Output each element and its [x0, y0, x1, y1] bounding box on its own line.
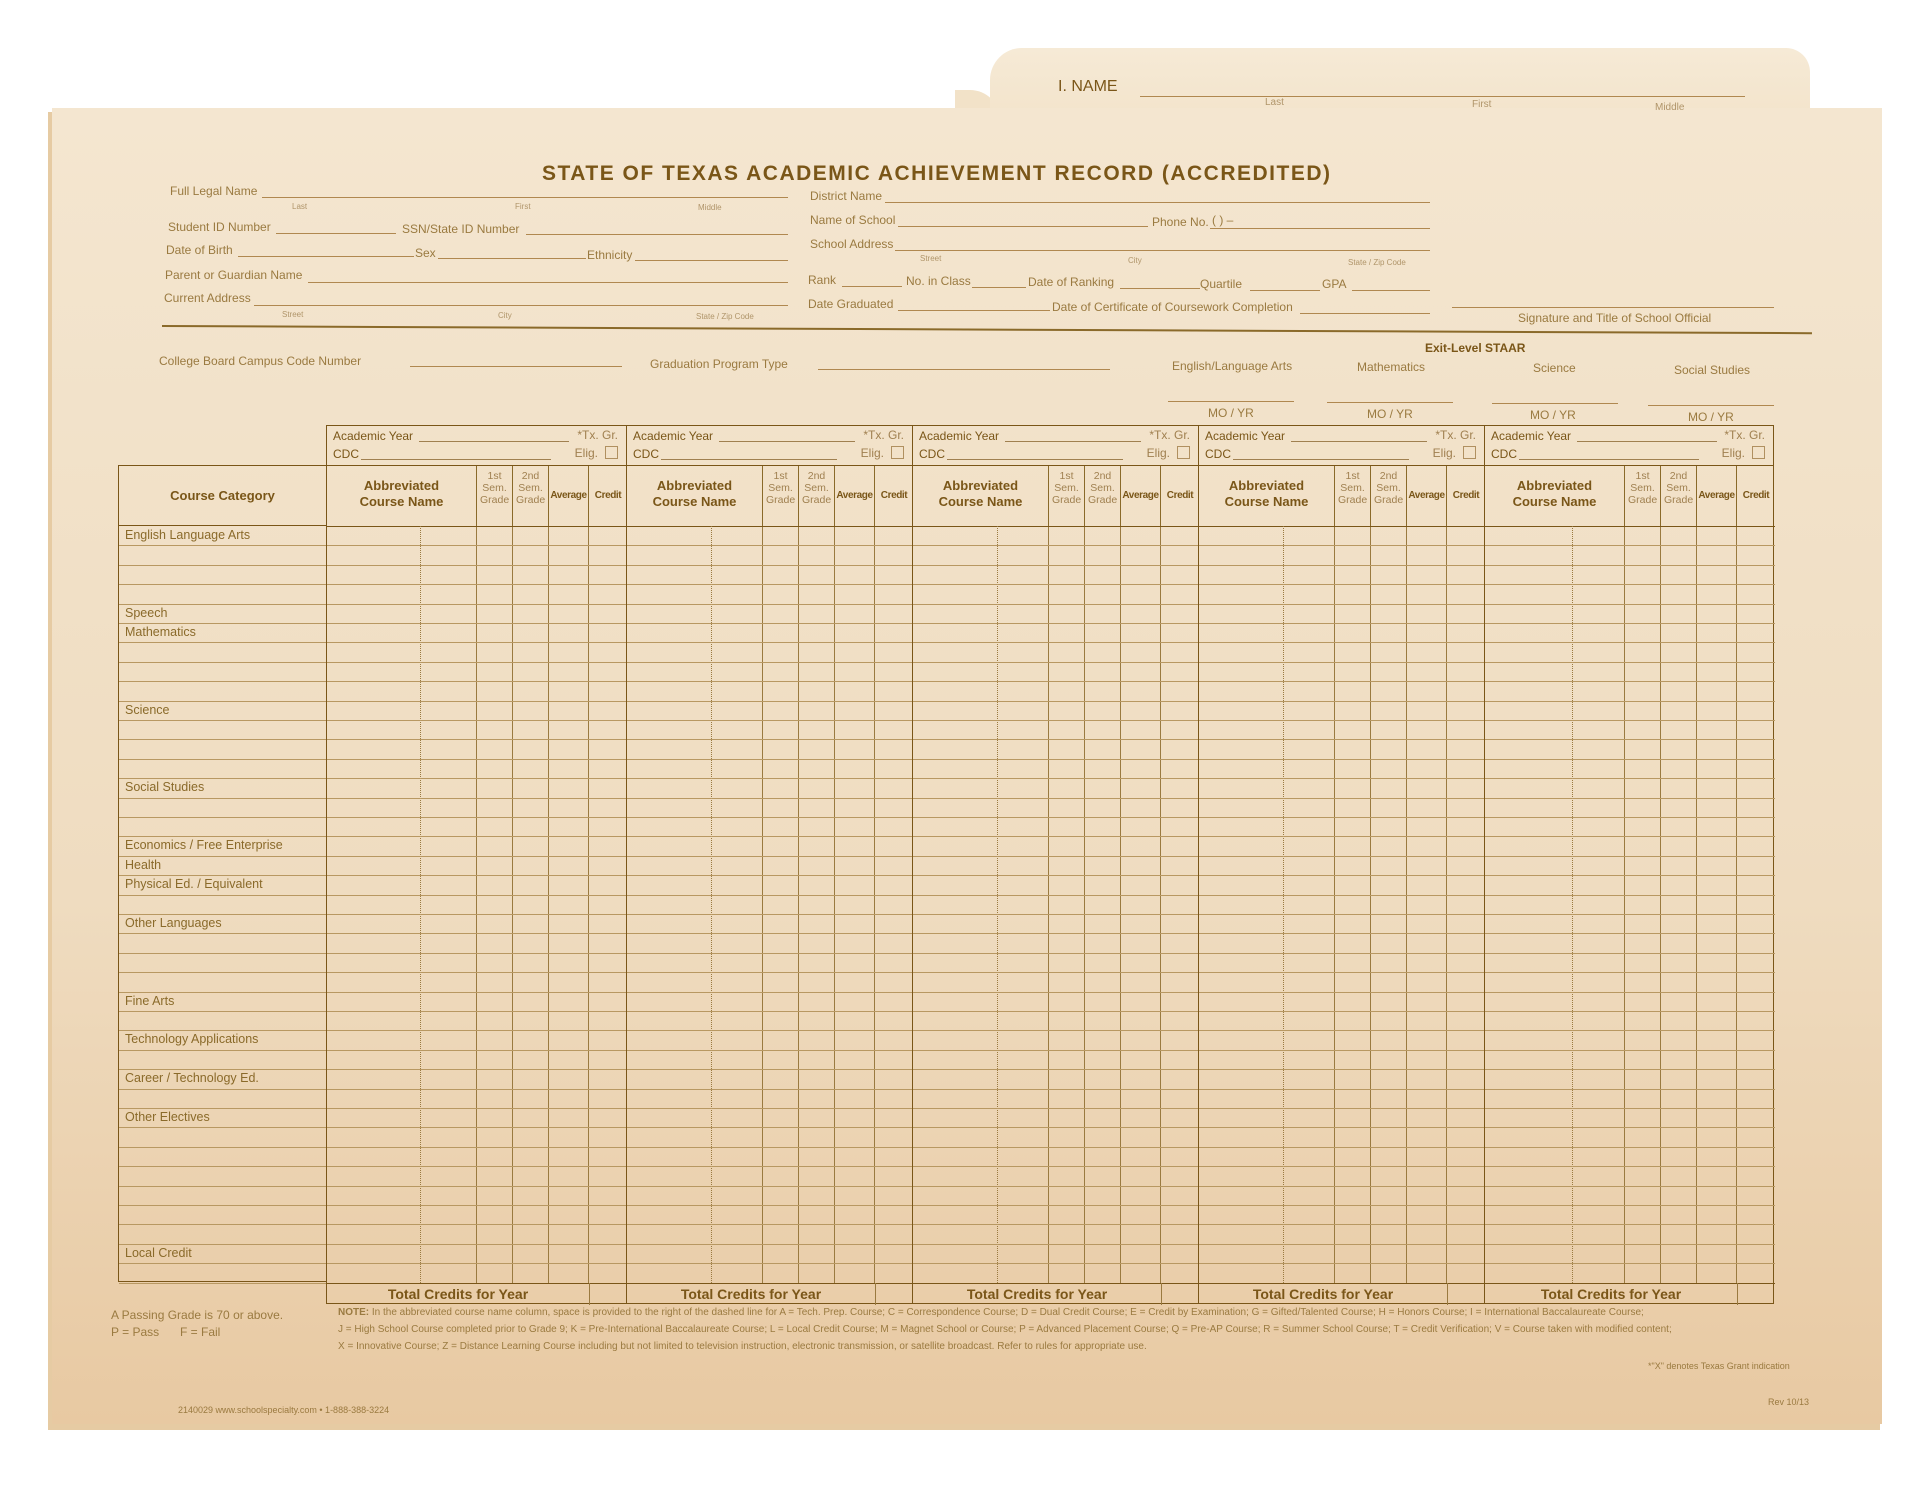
table-row[interactable] [1485, 1244, 1775, 1245]
table-row[interactable] [627, 1050, 913, 1051]
table-row[interactable] [913, 1127, 1199, 1128]
table-row[interactable] [1199, 817, 1485, 818]
cdc-field[interactable] [661, 459, 837, 460]
total-credits-label: Total Credits for Year [913, 1286, 1161, 1302]
table-row[interactable] [913, 875, 1199, 876]
table-row[interactable] [327, 1283, 627, 1284]
year-block-4: Academic YearCDC*Tx. Gr.Elig.Abbreviated… [1198, 425, 1484, 1304]
elig-label: Elig. [1433, 446, 1456, 460]
table-row[interactable] [627, 817, 913, 818]
table-row[interactable] [1199, 720, 1485, 721]
tx-grant-elig-checkbox[interactable] [605, 446, 618, 459]
table-row[interactable] [1199, 798, 1485, 799]
full-legal-name-field[interactable] [262, 197, 788, 198]
column-header-credit: Credit [1737, 466, 1775, 526]
table-row[interactable] [1485, 1108, 1775, 1109]
table-row[interactable] [627, 759, 913, 760]
table-row[interactable] [913, 972, 1199, 973]
table-row[interactable] [913, 1224, 1199, 1225]
table-row[interactable] [1485, 836, 1775, 837]
sub-city: City [498, 311, 512, 320]
table-row[interactable] [627, 584, 913, 585]
tab-sub-last: Last [1265, 97, 1284, 108]
table-row[interactable] [913, 1147, 1199, 1148]
table-row[interactable] [627, 1011, 913, 1012]
table-row[interactable] [1485, 623, 1775, 624]
table-row[interactable] [327, 798, 627, 799]
table-row[interactable] [627, 1263, 913, 1264]
mo-yr-social: MO / YR [1688, 410, 1734, 424]
table-row[interactable] [1199, 933, 1485, 934]
table-row[interactable] [1199, 778, 1485, 779]
table-row[interactable] [1485, 1186, 1775, 1187]
table-row[interactable] [913, 1244, 1199, 1245]
tx-grant-elig-checkbox[interactable] [891, 446, 904, 459]
year-block-header: Academic YearCDC*Tx. Gr.Elig. [627, 426, 912, 466]
table-row[interactable] [1199, 1263, 1485, 1264]
address-field[interactable] [254, 305, 788, 306]
table-row[interactable] [1199, 1030, 1485, 1031]
course-suffix-dashed-line [420, 526, 421, 1283]
table-row[interactable] [627, 992, 913, 993]
ssn-field[interactable] [526, 234, 788, 235]
table-row[interactable] [1485, 1030, 1775, 1031]
college-board-field[interactable] [410, 366, 622, 367]
table-row[interactable] [1199, 1089, 1485, 1090]
table-row[interactable] [1199, 1186, 1485, 1187]
table-row[interactable] [913, 1050, 1199, 1051]
column-header-average: Average [1121, 466, 1161, 526]
note-line-3: X = Innovative Course; Z = Distance Lear… [338, 1338, 1147, 1355]
total-credits-label: Total Credits for Year [627, 1286, 875, 1302]
table-row[interactable] [913, 662, 1199, 663]
table-row[interactable] [627, 1069, 913, 1070]
no-in-class-field[interactable] [972, 287, 1026, 288]
category-row-line [119, 1166, 327, 1167]
category-row-line [119, 739, 327, 740]
table-row[interactable] [913, 1166, 1199, 1167]
guardian-field[interactable] [308, 282, 788, 283]
note-line-2: J = High School Course completed prior t… [338, 1321, 1672, 1338]
table-row[interactable] [913, 681, 1199, 682]
table-row[interactable] [913, 1108, 1199, 1109]
table-row[interactable] [1485, 992, 1775, 993]
academic-year-field[interactable] [1005, 441, 1141, 442]
ssn-label: SSN/State ID Number [402, 222, 519, 236]
table-row[interactable] [1485, 759, 1775, 760]
table-row[interactable] [1485, 1089, 1775, 1090]
table-row[interactable] [913, 604, 1199, 605]
table-row[interactable] [1199, 836, 1485, 837]
table-row[interactable] [913, 1186, 1199, 1187]
table-row[interactable] [1485, 604, 1775, 605]
table-row[interactable] [1485, 681, 1775, 682]
category-row-line [119, 1069, 327, 1070]
table-row[interactable] [1199, 1205, 1485, 1206]
table-row[interactable] [1485, 701, 1775, 702]
school-address-label: School Address [810, 237, 893, 251]
table-row[interactable] [627, 1283, 913, 1284]
dob-field[interactable] [238, 256, 414, 257]
table-row[interactable] [327, 836, 627, 837]
address-label: Current Address [164, 291, 251, 305]
table-row[interactable] [913, 933, 1199, 934]
cdc-label: CDC [1205, 447, 1231, 461]
column-header-course-name: Abbreviated Course Name [327, 466, 477, 526]
table-row[interactable] [327, 701, 627, 702]
table-row[interactable] [327, 895, 627, 896]
table-row[interactable] [1199, 739, 1485, 740]
category-row-line [119, 1205, 327, 1206]
table-row[interactable] [1199, 914, 1485, 915]
table-row[interactable] [1485, 1127, 1775, 1128]
table-row[interactable] [913, 565, 1199, 566]
table-row[interactable] [327, 604, 627, 605]
table-row[interactable] [913, 778, 1199, 779]
table-row[interactable] [1485, 817, 1775, 818]
table-row[interactable] [1199, 1166, 1485, 1167]
grad-program-field[interactable] [818, 369, 1110, 370]
table-row[interactable] [627, 545, 913, 546]
table-row[interactable] [327, 914, 627, 915]
table-row[interactable] [1199, 604, 1485, 605]
phone-field[interactable] [1210, 228, 1430, 229]
table-row[interactable] [1485, 720, 1775, 721]
table-row[interactable] [1485, 1011, 1775, 1012]
ethnicity-field[interactable] [635, 260, 788, 261]
table-row[interactable] [1485, 1205, 1775, 1206]
table-row[interactable] [327, 681, 627, 682]
date-ranking-field[interactable] [1120, 288, 1200, 289]
table-row[interactable] [327, 1244, 627, 1245]
table-row[interactable] [627, 1186, 913, 1187]
table-row[interactable] [1199, 1127, 1485, 1128]
table-row[interactable] [1199, 992, 1485, 993]
table-row[interactable] [913, 836, 1199, 837]
table-row[interactable] [327, 1147, 627, 1148]
table-row[interactable] [327, 1166, 627, 1167]
table-row[interactable] [327, 1011, 627, 1012]
elig-label: Elig. [575, 446, 598, 460]
total-credits-cell[interactable] [875, 1283, 876, 1305]
table-row[interactable] [913, 1089, 1199, 1090]
school-address-field[interactable] [895, 250, 1430, 251]
table-row[interactable] [327, 759, 627, 760]
student-id-label: Student ID Number [168, 220, 271, 234]
table-row[interactable] [913, 914, 1199, 915]
table-row[interactable] [627, 701, 913, 702]
table-row[interactable] [627, 1030, 913, 1031]
table-row[interactable] [627, 662, 913, 663]
total-credits-cell[interactable] [589, 1283, 590, 1305]
year-block-header: Academic YearCDC*Tx. Gr.Elig. [1485, 426, 1773, 466]
table-row[interactable] [327, 545, 627, 546]
academic-year-field[interactable] [419, 441, 569, 442]
year-block-3: Academic YearCDC*Tx. Gr.Elig.Abbreviated… [912, 425, 1198, 1304]
rank-field[interactable] [842, 286, 902, 287]
table-row[interactable] [1199, 1224, 1485, 1225]
table-row[interactable] [627, 933, 913, 934]
category-label: Technology Applications [125, 1032, 258, 1046]
table-row[interactable] [1199, 1050, 1485, 1051]
table-row[interactable] [913, 953, 1199, 954]
table-row[interactable] [327, 1030, 627, 1031]
table-row[interactable] [327, 565, 627, 566]
table-row[interactable] [1485, 584, 1775, 585]
table-row[interactable] [327, 720, 627, 721]
table-row[interactable] [327, 972, 627, 973]
table-row[interactable] [1199, 759, 1485, 760]
category-row-line [119, 817, 327, 818]
column-divider [1048, 526, 1049, 1283]
signature-field[interactable] [1452, 307, 1774, 308]
table-row[interactable] [627, 1244, 913, 1245]
tab-name-field[interactable] [1140, 96, 1745, 97]
table-row[interactable] [1485, 933, 1775, 934]
table-row[interactable] [1199, 584, 1485, 585]
table-row[interactable] [327, 1069, 627, 1070]
table-row[interactable] [913, 642, 1199, 643]
academic-year-field[interactable] [719, 441, 855, 442]
staar-date-math[interactable] [1327, 402, 1453, 403]
category-label: Career / Technology Ed. [125, 1071, 259, 1085]
cdc-field[interactable] [1519, 459, 1699, 460]
district-field[interactable] [885, 202, 1430, 203]
table-row[interactable] [913, 1030, 1199, 1031]
table-row[interactable] [1199, 1011, 1485, 1012]
table-row[interactable] [1199, 1244, 1485, 1245]
table-row[interactable] [627, 720, 913, 721]
cdc-field[interactable] [1233, 459, 1409, 460]
table-row[interactable] [627, 856, 913, 857]
table-row[interactable] [913, 992, 1199, 993]
column-header-sem2: 2nd Sem. Grade [1661, 466, 1697, 526]
date-ranking-label: Date of Ranking [1028, 275, 1114, 289]
table-row[interactable] [627, 1108, 913, 1109]
table-row[interactable] [627, 778, 913, 779]
total-credits-cell[interactable] [1447, 1283, 1448, 1305]
table-row[interactable] [627, 1205, 913, 1206]
table-row[interactable] [1199, 642, 1485, 643]
table-row[interactable] [627, 739, 913, 740]
district-label: District Name [810, 189, 882, 203]
table-row[interactable] [1199, 972, 1485, 973]
column-divider [1370, 526, 1371, 1283]
table-row[interactable] [327, 1089, 627, 1090]
gpa-label: GPA [1322, 277, 1346, 291]
table-row[interactable] [627, 1127, 913, 1128]
table-row[interactable] [913, 1263, 1199, 1264]
staar-date-ela[interactable] [1168, 401, 1294, 402]
column-header-average: Average [1407, 466, 1447, 526]
table-row[interactable] [1485, 914, 1775, 915]
table-row[interactable] [627, 604, 913, 605]
table-row[interactable] [913, 720, 1199, 721]
table-row[interactable] [1199, 545, 1485, 546]
table-row[interactable] [1485, 856, 1775, 857]
staar-date-social[interactable] [1648, 405, 1774, 406]
table-row[interactable] [913, 1283, 1199, 1284]
date-certificate-field[interactable] [1300, 313, 1430, 314]
table-row[interactable] [1199, 1108, 1485, 1109]
table-row[interactable] [1485, 1147, 1775, 1148]
tx-gr-label: *Tx. Gr. [577, 428, 618, 442]
total-credits-cell[interactable] [1737, 1283, 1738, 1305]
table-row[interactable] [327, 856, 627, 857]
table-row[interactable] [913, 895, 1199, 896]
table-row[interactable] [627, 565, 913, 566]
table-row[interactable] [1485, 545, 1775, 546]
total-credits-cell[interactable] [1161, 1283, 1162, 1305]
table-row[interactable] [913, 584, 1199, 585]
table-row[interactable] [1199, 565, 1485, 566]
category-label: English Language Arts [125, 528, 250, 542]
column-header-divider [1485, 526, 1775, 527]
column-divider [762, 526, 763, 1283]
table-row[interactable] [627, 953, 913, 954]
table-row[interactable] [327, 623, 627, 624]
table-row[interactable] [913, 1069, 1199, 1070]
school-name-field[interactable] [898, 226, 1148, 227]
table-row[interactable] [1485, 1166, 1775, 1167]
gpa-field[interactable] [1352, 290, 1430, 291]
category-row-line [119, 972, 327, 973]
table-row[interactable] [327, 1108, 627, 1109]
table-row[interactable] [1485, 1263, 1775, 1264]
table-row[interactable] [1199, 1283, 1485, 1284]
table-row[interactable] [327, 778, 627, 779]
table-row[interactable] [327, 875, 627, 876]
table-row[interactable] [627, 895, 913, 896]
table-row[interactable] [627, 681, 913, 682]
column-divider [1084, 526, 1085, 1283]
tx-gr-label: *Tx. Gr. [1724, 428, 1765, 442]
table-row[interactable] [913, 798, 1199, 799]
table-row[interactable] [627, 1089, 913, 1090]
academic-year-field[interactable] [1291, 441, 1427, 442]
table-row[interactable] [1485, 1050, 1775, 1051]
fail-legend: F = Fail [180, 1325, 220, 1339]
table-row[interactable] [327, 817, 627, 818]
table-row[interactable] [1485, 1283, 1775, 1284]
table-row[interactable] [1485, 875, 1775, 876]
table-row[interactable] [327, 933, 627, 934]
table-row[interactable] [627, 798, 913, 799]
phone-mask: ( ) – [1212, 213, 1233, 227]
table-row[interactable] [1485, 1069, 1775, 1070]
tab-sub-middle: Middle [1655, 102, 1684, 113]
table-row[interactable] [627, 1166, 913, 1167]
table-row[interactable] [327, 1050, 627, 1051]
column-divider [1334, 526, 1335, 1283]
category-row-line [119, 778, 327, 779]
cdc-field[interactable] [947, 459, 1123, 460]
column-header-average: Average [549, 466, 589, 526]
table-row[interactable] [1485, 739, 1775, 740]
table-row[interactable] [1199, 953, 1485, 954]
table-row[interactable] [913, 545, 1199, 546]
table-row[interactable] [1485, 778, 1775, 779]
table-row[interactable] [1485, 895, 1775, 896]
table-row[interactable] [627, 642, 913, 643]
table-row[interactable] [1199, 701, 1485, 702]
table-row[interactable] [1485, 642, 1775, 643]
tx-grant-elig-checkbox[interactable] [1752, 446, 1765, 459]
table-row[interactable] [1485, 1224, 1775, 1225]
sex-field[interactable] [438, 258, 586, 259]
student-id-field[interactable] [276, 233, 396, 234]
date-graduated-field[interactable] [898, 310, 1050, 311]
category-label: Mathematics [125, 625, 196, 639]
table-row[interactable] [327, 1205, 627, 1206]
cdc-field[interactable] [361, 459, 551, 460]
table-row[interactable] [1485, 798, 1775, 799]
category-row-line [119, 701, 327, 702]
table-row[interactable] [327, 992, 627, 993]
tab-name-label: I. NAME [1058, 78, 1118, 96]
table-row[interactable] [913, 1205, 1199, 1206]
table-row[interactable] [1485, 662, 1775, 663]
academic-year-field[interactable] [1577, 441, 1717, 442]
table-row[interactable] [1485, 565, 1775, 566]
category-row-line [119, 953, 327, 954]
table-row[interactable] [627, 1147, 913, 1148]
table-row[interactable] [327, 1224, 627, 1225]
table-row[interactable] [913, 701, 1199, 702]
year-block-5: Academic YearCDC*Tx. Gr.Elig.Abbreviated… [1484, 425, 1774, 1304]
table-row[interactable] [1199, 662, 1485, 663]
table-row[interactable] [327, 739, 627, 740]
table-row[interactable] [627, 914, 913, 915]
table-row[interactable] [1485, 972, 1775, 973]
table-row[interactable] [913, 817, 1199, 818]
column-divider [512, 526, 513, 1283]
column-divider [1406, 526, 1407, 1283]
table-row[interactable] [327, 642, 627, 643]
year-block-2: Academic YearCDC*Tx. Gr.Elig.Abbreviated… [626, 425, 912, 1304]
table-row[interactable] [1199, 681, 1485, 682]
table-row[interactable] [1199, 1069, 1485, 1070]
table-row[interactable] [327, 1127, 627, 1128]
table-row[interactable] [327, 1263, 627, 1264]
table-row[interactable] [1199, 875, 1485, 876]
table-row[interactable] [1199, 856, 1485, 857]
table-row[interactable] [327, 584, 627, 585]
table-row[interactable] [1485, 953, 1775, 954]
table-row[interactable] [327, 662, 627, 663]
table-row[interactable] [327, 1186, 627, 1187]
quartile-field[interactable] [1250, 290, 1320, 291]
table-row[interactable] [913, 739, 1199, 740]
table-row[interactable] [913, 856, 1199, 857]
table-row[interactable] [627, 623, 913, 624]
table-row[interactable] [913, 623, 1199, 624]
table-row[interactable] [327, 953, 627, 954]
tx-grant-elig-checkbox[interactable] [1177, 446, 1190, 459]
table-row[interactable] [1199, 1147, 1485, 1148]
table-row[interactable] [913, 1011, 1199, 1012]
table-row[interactable] [627, 1224, 913, 1225]
table-row[interactable] [627, 972, 913, 973]
staar-date-science[interactable] [1492, 403, 1618, 404]
table-row[interactable] [1199, 623, 1485, 624]
sub-school-street: Street [920, 254, 941, 263]
table-row[interactable] [913, 759, 1199, 760]
table-row[interactable] [627, 875, 913, 876]
tx-grant-elig-checkbox[interactable] [1463, 446, 1476, 459]
table-row[interactable] [627, 836, 913, 837]
table-row[interactable] [1199, 895, 1485, 896]
